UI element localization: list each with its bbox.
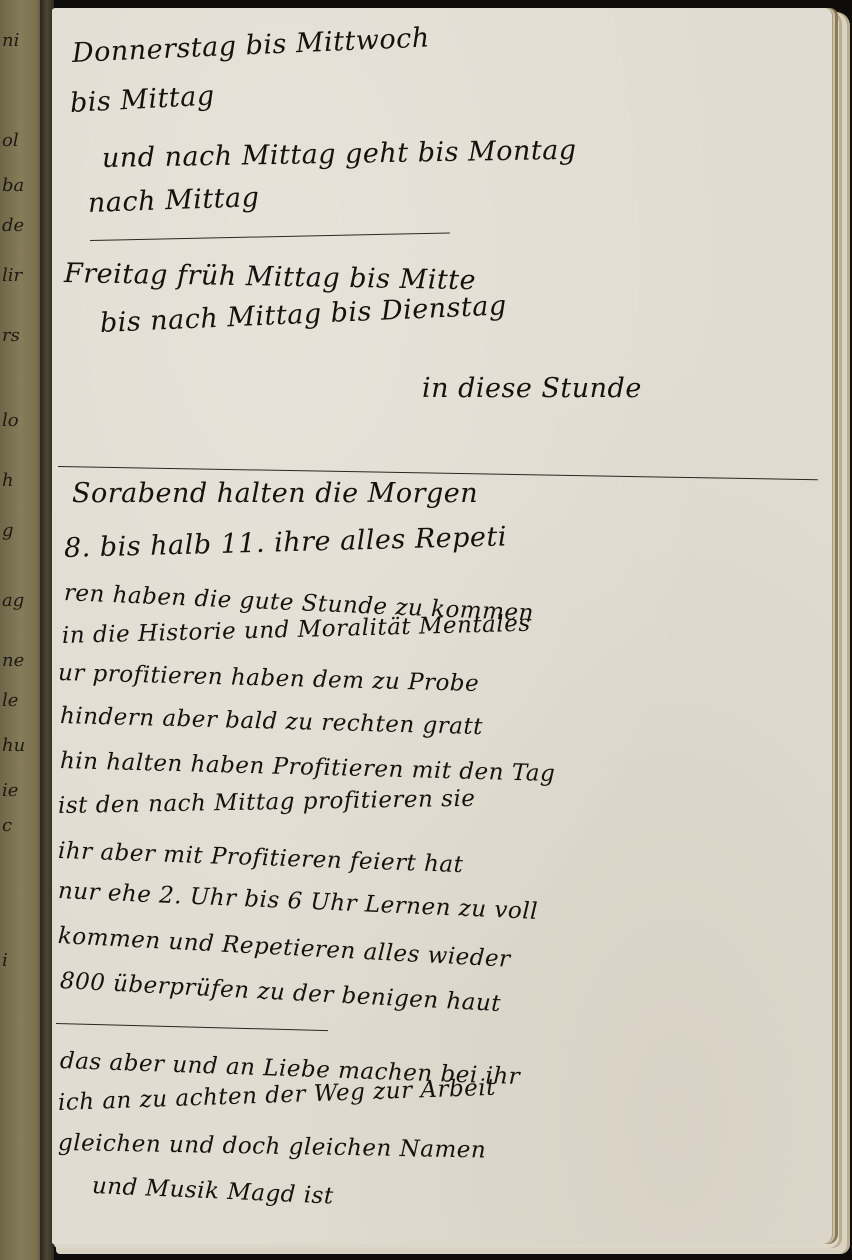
left-page-fragment: g: [2, 520, 14, 541]
handwritten-line: hin halten haben Profitieren mit den Tag: [60, 748, 556, 787]
left-page-fragment: ie: [2, 780, 18, 801]
handwritten-line: hindern aber bald zu rechten gratt: [60, 703, 484, 740]
left-page-fragment: i: [2, 950, 8, 971]
left-page-fragment: lo: [2, 410, 19, 431]
left-page-fragment: de: [2, 215, 24, 236]
left-page-fragment: hu: [2, 735, 25, 756]
handwritten-line: Freitag früh Mittag bis Mitte: [64, 258, 477, 296]
handwritten-line: gleichen und doch gleichen Namen: [58, 1130, 487, 1163]
handwritten-line: in diese Stunde: [422, 373, 642, 404]
left-page-fragment: ba: [2, 175, 24, 196]
left-page-fragment: ol: [2, 130, 19, 151]
section-divider: [90, 232, 450, 241]
handwritten-line: in die Historie und Moralität Mentales: [62, 611, 531, 649]
left-page-fragment: c: [2, 815, 12, 836]
handwritten-line: ur profitieren haben dem zu Probe: [58, 660, 480, 697]
manuscript-page: Donnerstag bis Mittwoch bis Mittag und n…: [52, 8, 832, 1244]
left-page-fragment: ni: [2, 30, 19, 51]
left-page-fragment: lir: [2, 265, 22, 286]
handwritten-line: Sorabend halten die Morgen: [72, 478, 478, 509]
handwritten-line: kommen und Repetieren alles wieder: [57, 923, 511, 973]
left-page-fragment: le: [2, 690, 18, 711]
left-page-fragment: ag: [2, 590, 24, 611]
handwritten-line: ihr aber mit Profitieren feiert hat: [58, 838, 464, 878]
handwritten-line: bis nach Mittag bis Dienstag: [99, 290, 507, 339]
handwritten-line: 8. bis halb 11. ihre alles Repeti: [64, 521, 508, 564]
section-divider: [56, 1023, 328, 1031]
left-page-fragment: rs: [2, 325, 20, 346]
handwritten-line: nur ehe 2. Uhr bis 6 Uhr Lernen zu voll: [57, 878, 538, 925]
left-page-fragment: h: [2, 470, 14, 491]
handwritten-line: bis Mittag: [69, 80, 215, 119]
handwritten-line: und nach Mittag geht bis Montag: [102, 135, 577, 174]
handwritten-line: 800 überprüfen zu der benigen haut: [59, 968, 501, 1017]
handwritten-line: Donnerstag bis Mittwoch: [71, 22, 430, 69]
handwritten-line: ist den nach Mittag profitieren sie: [58, 786, 476, 819]
handwritten-line: und Musik Magd ist: [91, 1173, 334, 1210]
left-page-fragment: ne: [2, 650, 24, 671]
handwritten-line: nach Mittag: [87, 182, 259, 219]
